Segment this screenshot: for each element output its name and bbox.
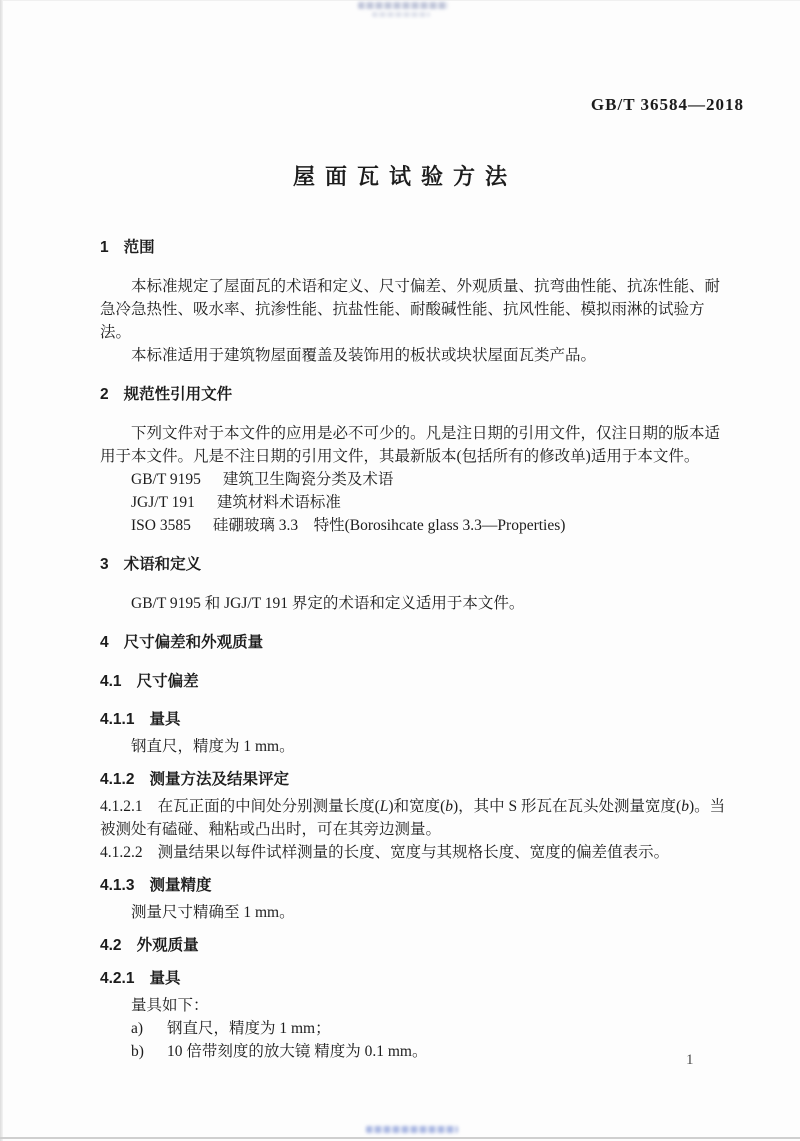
document-body: 1范围 本标准规定了屋面瓦的术语和定义、尺寸偏差、外观质量、抗弯曲性能、抗冻性能… (100, 237, 728, 1063)
list-text: 10 倍带刻度的放大镜 精度为 0.1 mm。 (167, 1043, 428, 1060)
reference-item: ISO 3585硅硼玻璃 3.3 特性(Borosihcate glass 3.… (100, 514, 728, 537)
paragraph-4-1-1: 钢直尺，精度为 1 mm。 (100, 735, 728, 758)
watermark-top (358, 2, 448, 9)
section-heading-4-1-2: 4.1.2测量方法及结果评定 (100, 769, 728, 791)
heading-label: 尺寸偏差 (137, 673, 199, 690)
heading-label: 术语和定义 (124, 556, 202, 573)
list-marker: a) (131, 1017, 167, 1040)
heading-label: 尺寸偏差和外观质量 (124, 634, 264, 651)
heading-label: 量具 (149, 970, 180, 987)
variable-b: b (445, 798, 453, 815)
list-item-a: a)钢直尺，精度为 1 mm； (100, 1017, 728, 1040)
scope-paragraph-1: 本标准规定了屋面瓦的术语和定义、尺寸偏差、外观质量、抗弯曲性能、抗冻性能、耐急冷… (100, 275, 728, 344)
section-heading-normative-references: 2规范性引用文件 (100, 384, 728, 406)
clause-number: 4.1.2.2 (100, 844, 143, 861)
section-heading-dimensions: 4尺寸偏差和外观质量 (100, 632, 728, 654)
heading-number: 4.1.3 (100, 875, 134, 897)
heading-number: 4.2 (100, 935, 122, 957)
section-heading-terms: 3术语和定义 (100, 554, 728, 576)
references-intro-paragraph: 下列文件对于本文件的应用是必不可少的。凡是注日期的引用文件，仅注日期的版本适用于… (100, 422, 728, 468)
section-heading-4-1-3: 4.1.3测量精度 (100, 875, 728, 897)
clause-text: 在瓦正面的中间处分别测量长度( (158, 798, 380, 815)
standard-code: GB/T 36584—2018 (591, 95, 744, 115)
heading-number: 4.1.2 (100, 769, 134, 791)
scope-paragraph-2: 本标准适用于建筑物屋面覆盖及装饰用的板状或块状屋面瓦类产品。 (100, 344, 728, 367)
heading-number: 4.1.1 (100, 709, 134, 731)
reference-title: 建筑卫生陶瓷分类及术语 (223, 471, 394, 488)
heading-label: 外观质量 (137, 937, 199, 954)
section-heading-4-1-1: 4.1.1量具 (100, 709, 728, 731)
heading-label: 规范性引用文件 (124, 386, 233, 403)
reference-code: ISO 3585 (131, 517, 191, 534)
heading-number: 2 (100, 384, 109, 406)
heading-number: 1 (100, 237, 109, 259)
heading-label: 范围 (124, 239, 155, 256)
list-text: 钢直尺，精度为 1 mm； (167, 1020, 331, 1037)
paragraph-4-1-2-1: 4.1.2.1在瓦正面的中间处分别测量长度(L)和宽度(b)，其中 S 形瓦在瓦… (100, 795, 728, 841)
document-title: 屋面瓦试验方法 (0, 160, 800, 191)
list-intro: 量具如下： (100, 994, 728, 1017)
reference-code: GB/T 9195 (131, 471, 201, 488)
heading-label: 量具 (149, 711, 180, 728)
watermark-top-line2 (372, 12, 430, 17)
page-edge-bottom (0, 1137, 800, 1139)
heading-number: 4 (100, 632, 109, 654)
variable-b: b (681, 798, 689, 815)
document-page: GB/T 36584—2018 屋面瓦试验方法 1范围 本标准规定了屋面瓦的术语… (0, 0, 800, 1141)
watermark-bottom (366, 1126, 458, 1133)
clause-text: )和宽度( (388, 798, 445, 815)
reference-item: JGJ/T 191建筑材料术语标准 (100, 491, 728, 514)
reference-code: JGJ/T 191 (131, 494, 195, 511)
reference-title: 硅硼玻璃 3.3 特性(Borosihcate glass 3.3—Proper… (213, 517, 566, 534)
section-heading-scope: 1范围 (100, 237, 728, 259)
section-heading-4-2-1: 4.2.1量具 (100, 968, 728, 990)
heading-label: 测量精度 (149, 877, 211, 894)
paragraph-4-1-2-2: 4.1.2.2测量结果以每件试样测量的长度、宽度与其规格长度、宽度的偏差值表示。 (100, 841, 728, 864)
clause-text: 测量结果以每件试样测量的长度、宽度与其规格长度、宽度的偏差值表示。 (158, 844, 670, 861)
heading-number: 4.2.1 (100, 968, 134, 990)
reference-title: 建筑材料术语标准 (217, 494, 341, 511)
list-item-b: b)10 倍带刻度的放大镜 精度为 0.1 mm。 (100, 1040, 728, 1063)
page-number: 1 (686, 1052, 694, 1069)
clause-number: 4.1.2.1 (100, 798, 143, 815)
section-heading-4-1: 4.1尺寸偏差 (100, 671, 728, 693)
section-heading-4-2: 4.2外观质量 (100, 935, 728, 957)
list-marker: b) (131, 1040, 167, 1063)
reference-item: GB/T 9195建筑卫生陶瓷分类及术语 (100, 468, 728, 491)
paragraph-4-1-3: 测量尺寸精确至 1 mm。 (100, 901, 728, 924)
terms-paragraph: GB/T 9195 和 JGJ/T 191 界定的术语和定义适用于本文件。 (100, 592, 728, 615)
heading-number: 3 (100, 554, 109, 576)
heading-number: 4.1 (100, 671, 122, 693)
clause-text: )，其中 S 形瓦在瓦头处测量宽度( (453, 798, 681, 815)
page-edge-top (0, 0, 800, 1)
heading-label: 测量方法及结果评定 (149, 771, 289, 788)
